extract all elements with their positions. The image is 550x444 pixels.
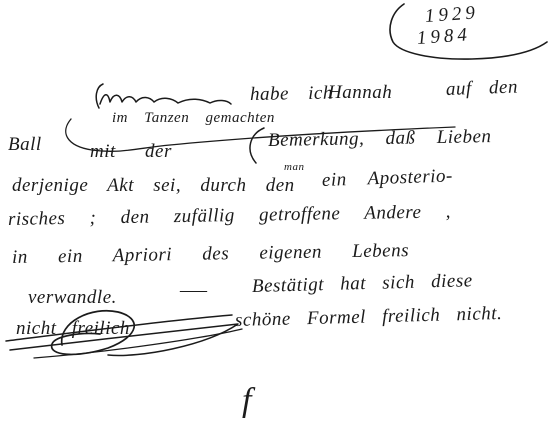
manuscript-line1-name: Hannah xyxy=(328,82,392,104)
manuscript-line3-right: ein Aposterio- xyxy=(322,165,454,192)
manuscript-line2-right: Bemerkung, daß Lieben xyxy=(268,126,492,152)
crossed-out-words: nicht freilich xyxy=(16,318,130,340)
manuscript-line3-left: derjenige Akt sei, durch den xyxy=(12,175,295,197)
superscript-insertion: man xyxy=(284,161,304,173)
illegible-word-scrawl xyxy=(96,84,231,108)
bottom-f-mark: f xyxy=(242,382,252,420)
parenthesis-stroke xyxy=(250,128,264,163)
manuscript-line5: in ein Apriori des eigenen Lebens xyxy=(12,240,409,269)
manuscript-line6-left: verwandle. xyxy=(28,287,117,309)
date-1929: 1929 xyxy=(424,2,479,28)
manuscript-line7: schöne Formel freilich nicht. xyxy=(235,303,503,332)
interlinear-insertion: im Tanzen gemachten xyxy=(112,110,275,127)
manuscript-line6-right: Bestätigt hat sich diese xyxy=(252,270,473,298)
manuscript-line1-right: auf den xyxy=(446,76,519,100)
date-1984: 1984 xyxy=(416,24,471,50)
manuscript-line2-mid: mit der xyxy=(90,141,172,163)
em-dash-stroke: — xyxy=(180,280,208,302)
manuscript-page: 1929 1984 habe ich Hannah auf den im Tan… xyxy=(0,0,550,444)
manuscript-line4: risches ; den zufällig getroffene Andere… xyxy=(8,201,451,231)
manuscript-line1-left: habe ich xyxy=(250,83,333,106)
manuscript-line2-left: Ball xyxy=(8,134,42,156)
